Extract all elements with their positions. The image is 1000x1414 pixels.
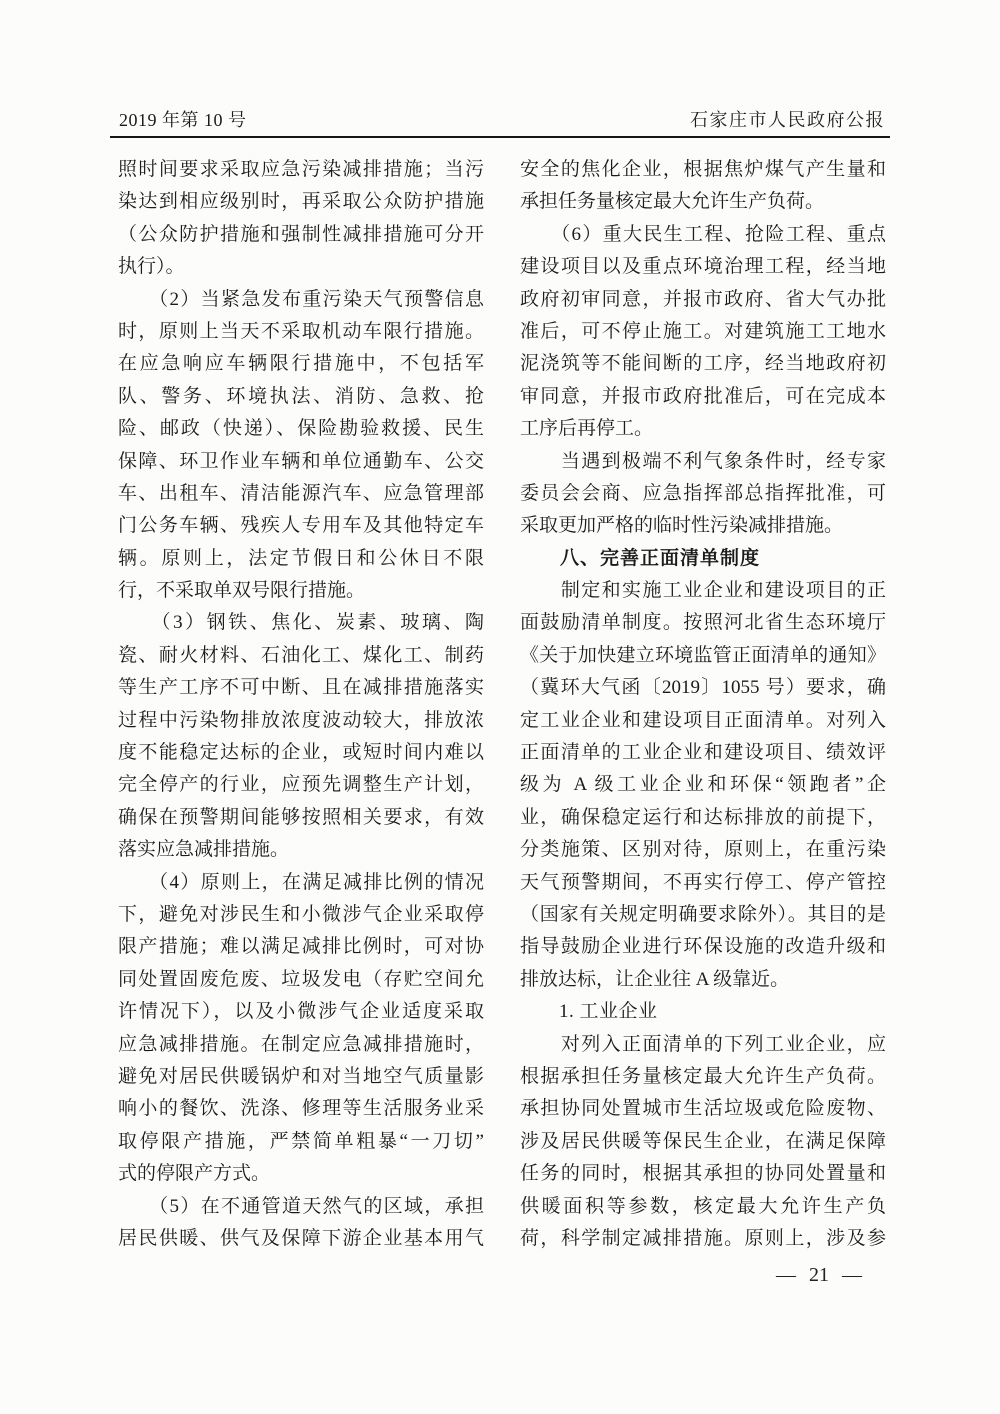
text-line: 落实应急减排措施。 bbox=[118, 834, 484, 866]
text-line: 染达到相应级别时，再采取公众防护措施 bbox=[118, 186, 484, 218]
text-line: 保障、环卫作业车辆和单位通勤车、公交 bbox=[118, 446, 484, 478]
text-line: 委员会会商、应急指挥部总指挥批准，可 bbox=[520, 478, 886, 510]
text-line: （公众防护措施和强制性减排措施可分开 bbox=[118, 219, 484, 251]
text-line: 采取更加严格的临时性污染减排措施。 bbox=[520, 510, 886, 542]
text-line: 照时间要求采取应急污染减排措施；当污 bbox=[118, 154, 484, 186]
text-line: （国家有关规定明确要求除外）。其目的是 bbox=[520, 899, 886, 931]
text-line: 涉及居民供暖等保民生企业，在满足保障 bbox=[520, 1126, 886, 1158]
text-line: 面鼓励清单制度。按照河北省生态环境厅 bbox=[520, 607, 886, 639]
text-line: （5）在不通管道天然气的区域，承担 bbox=[118, 1191, 484, 1223]
text-line: 等生产工序不可中断、且在减排措施落实 bbox=[118, 672, 484, 704]
text-line: 天气预警期间，不再实行停工、停产管控 bbox=[520, 867, 886, 899]
text-line: 完全停产的行业，应预先调整生产计划， bbox=[118, 769, 484, 801]
text-line: 车、出租车、清洁能源汽车、应急管理部 bbox=[118, 478, 484, 510]
text-line: 时，原则上当天不采取机动车限行措施。 bbox=[118, 316, 484, 348]
text-line: 式的停限产方式。 bbox=[118, 1158, 484, 1190]
header-divider-rule bbox=[110, 136, 890, 138]
text-line: 许情况下），以及小微涉气企业适度采取 bbox=[118, 996, 484, 1028]
text-line: 队、警务、环境执法、消防、急救、抢 bbox=[118, 381, 484, 413]
right-text-column: 安全的焦化企业，根据焦炉煤气产生量和承担任务量核定最大允许生产负荷。 （6）重大… bbox=[520, 154, 886, 1255]
text-line: 准后，可不停止施工。对建筑施工工地水 bbox=[520, 316, 886, 348]
text-line: 确保在预警期间能够按照相关要求，有效 bbox=[118, 802, 484, 834]
text-line: 行，不采取单双号限行措施。 bbox=[118, 575, 484, 607]
text-line: 门公务车辆、残疾人专用车及其他特定车 bbox=[118, 510, 484, 542]
text-line: （4）原则上，在满足减排比例的情况 bbox=[118, 867, 484, 899]
text-line: 取停限产措施，严禁简单粗暴“一刀切” bbox=[118, 1126, 484, 1158]
left-text-column: 照时间要求采取应急污染减排措施；当污染达到相应级别时，再采取公众防护措施（公众防… bbox=[118, 154, 484, 1255]
text-line: 级为 A 级工业企业和环保“领跑者”企 bbox=[520, 769, 886, 801]
text-line: 任务的同时，根据其承担的协同处置量和 bbox=[520, 1158, 886, 1190]
text-line: 建设项目以及重点环境治理工程，经当地 bbox=[520, 251, 886, 283]
text-line: 居民供暖、供气及保障下游企业基本用气 bbox=[118, 1223, 484, 1255]
text-line: （6）重大民生工程、抢险工程、重点 bbox=[520, 219, 886, 251]
text-line: 瓷、耐火材料、石油化工、煤化工、制药 bbox=[118, 640, 484, 672]
text-line: 当遇到极端不利气象条件时，经专家 bbox=[520, 446, 886, 478]
section-heading: 八、完善正面清单制度 bbox=[520, 543, 886, 575]
gazette-page: 2019 年第 10 号 石家庄市人民政府公报 照时间要求采取应急污染减排措施；… bbox=[0, 0, 1000, 1414]
text-line: 限产措施；难以满足减排比例时，可对协 bbox=[118, 931, 484, 963]
text-line: 安全的焦化企业，根据焦炉煤气产生量和 bbox=[520, 154, 886, 186]
text-line: 应急减排措施。在制定应急减排措施时， bbox=[118, 1029, 484, 1061]
text-line: 泥浇筑等不能间断的工序，经当地政府初 bbox=[520, 348, 886, 380]
text-line: 分类施策、区别对待，原则上，在重污染 bbox=[520, 834, 886, 866]
page-header: 2019 年第 10 号 石家庄市人民政府公报 bbox=[119, 109, 885, 131]
text-line: 度不能稳定达标的企业，或短时间内难以 bbox=[118, 737, 484, 769]
text-line: 荷，科学制定减排措施。原则上，涉及参 bbox=[520, 1223, 886, 1255]
text-line: 承担任务量核定最大允许生产负荷。 bbox=[520, 186, 886, 218]
text-line: 政府初审同意，并报市政府、省大气办批 bbox=[520, 284, 886, 316]
text-line: 供暖面积等参数，核定最大允许生产负 bbox=[520, 1191, 886, 1223]
body-columns: 照时间要求采取应急污染减排措施；当污染达到相应级别时，再采取公众防护措施（公众防… bbox=[118, 154, 886, 1255]
text-line: 过程中污染物排放浓度波动较大，排放浓 bbox=[118, 705, 484, 737]
text-line: 审同意，并报市政府批准后，可在完成本 bbox=[520, 381, 886, 413]
text-line: 险、邮政（快递）、保险勘验救援、民生 bbox=[118, 413, 484, 445]
text-line: 承担协同处置城市生活垃圾或危险废物、 bbox=[520, 1093, 886, 1125]
text-line: （3）钢铁、焦化、炭素、玻璃、陶 bbox=[118, 607, 484, 639]
text-line: 执行）。 bbox=[118, 251, 484, 283]
sub-heading: 1. 工业企业 bbox=[520, 996, 886, 1028]
text-line: 制定和实施工业企业和建设项目的正 bbox=[520, 575, 886, 607]
text-line: 《关于加快建立环境监管正面清单的通知》 bbox=[520, 640, 886, 672]
text-line: 对列入正面清单的下列工业企业，应 bbox=[520, 1029, 886, 1061]
text-line: 下，避免对涉民生和小微涉气企业采取停 bbox=[118, 899, 484, 931]
text-line: 排放达标，让企业往 A 级靠近。 bbox=[520, 964, 886, 996]
text-line: 避免对居民供暖锅炉和对当地空气质量影 bbox=[118, 1061, 484, 1093]
text-line: 辆。原则上，法定节假日和公休日不限 bbox=[118, 543, 484, 575]
page-number: — 21 — bbox=[776, 1260, 862, 1290]
publication-title: 石家庄市人民政府公报 bbox=[690, 109, 885, 131]
issue-number: 2019 年第 10 号 bbox=[119, 109, 247, 131]
text-line: 业，确保稳定运行和达标排放的前提下， bbox=[520, 802, 886, 834]
text-line: （冀环大气函〔2019〕1055 号）要求，确 bbox=[520, 672, 886, 704]
text-line: 正面清单的工业企业和建设项目、绩效评 bbox=[520, 737, 886, 769]
text-line: 同处置固废危废、垃圾发电（存贮空间允 bbox=[118, 964, 484, 996]
text-line: 根据承担任务量核定最大允许生产负荷。 bbox=[520, 1061, 886, 1093]
text-line: 响小的餐饮、洗涤、修理等生活服务业采 bbox=[118, 1093, 484, 1125]
text-line: （2）当紧急发布重污染天气预警信息 bbox=[118, 284, 484, 316]
text-line: 在应急响应车辆限行措施中，不包括军 bbox=[118, 348, 484, 380]
text-line: 指导鼓励企业进行环保设施的改造升级和 bbox=[520, 931, 886, 963]
text-line: 定工业企业和建设项目正面清单。对列入 bbox=[520, 705, 886, 737]
text-line: 工序后再停工。 bbox=[520, 413, 886, 445]
